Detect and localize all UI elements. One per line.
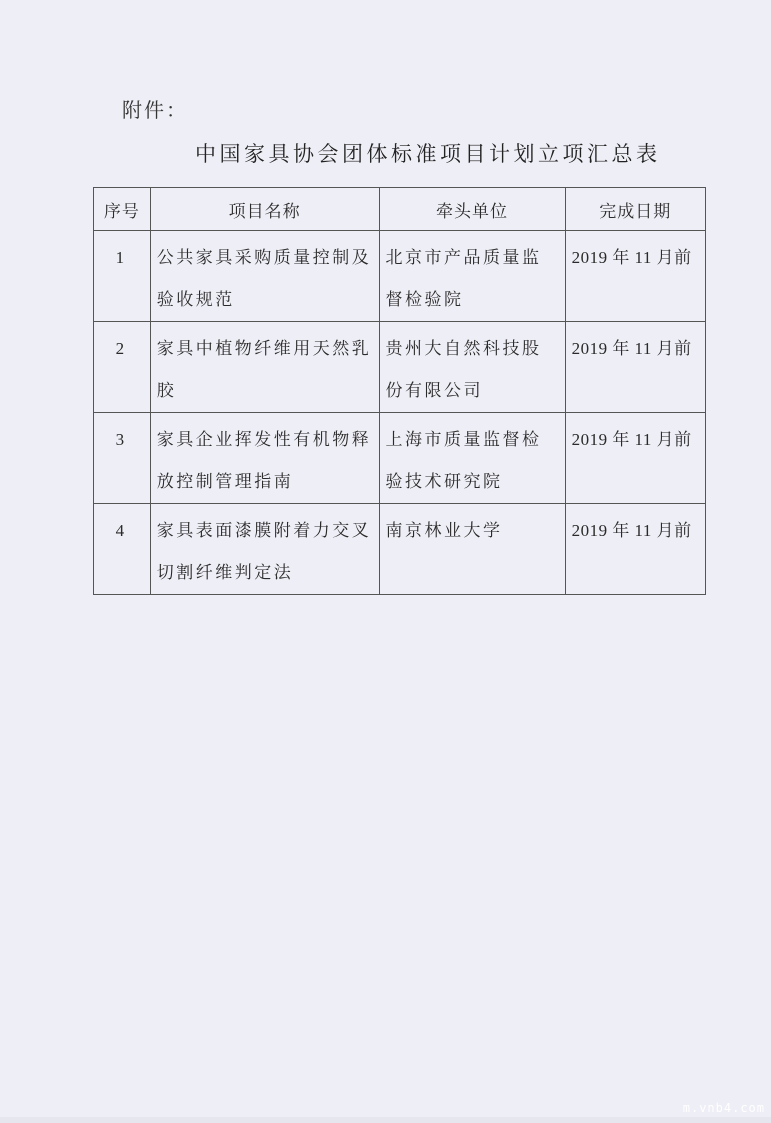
header-completion-date: 完成日期 (565, 188, 705, 231)
cell-lead-unit: 上海市质量监督检验技术研究院 (379, 413, 565, 504)
project-summary-table: 序号 项目名称 牵头单位 完成日期 1 公共家具采购质量控制及验收规范 北京市产… (93, 187, 706, 595)
page-bottom-edge (0, 1117, 771, 1123)
cell-completion-date: 2019 年 11 月前 (565, 231, 705, 322)
cell-project-name: 家具表面漆膜附着力交叉切割纤维判定法 (150, 504, 379, 595)
cell-lead-unit: 北京市产品质量监督检验院 (379, 231, 565, 322)
table-row: 2 家具中植物纤维用天然乳胶 贵州大自然科技股份有限公司 2019 年 11 月… (94, 322, 706, 413)
cell-completion-date: 2019 年 11 月前 (565, 322, 705, 413)
cell-lead-unit: 南京林业大学 (379, 504, 565, 595)
watermark-text: m.vnb4.com (683, 1101, 765, 1115)
document-title: 中国家具协会团体标准项目计划立项汇总表 (195, 138, 661, 168)
cell-completion-date: 2019 年 11 月前 (565, 504, 705, 595)
table-row: 3 家具企业挥发性有机物释放控制管理指南 上海市质量监督检验技术研究院 2019… (94, 413, 706, 504)
cell-project-name: 家具企业挥发性有机物释放控制管理指南 (150, 413, 379, 504)
cell-seq: 1 (94, 231, 151, 322)
table-row: 1 公共家具采购质量控制及验收规范 北京市产品质量监督检验院 2019 年 11… (94, 231, 706, 322)
cell-completion-date: 2019 年 11 月前 (565, 413, 705, 504)
table-row: 4 家具表面漆膜附着力交叉切割纤维判定法 南京林业大学 2019 年 11 月前 (94, 504, 706, 595)
cell-project-name: 公共家具采购质量控制及验收规范 (150, 231, 379, 322)
cell-project-name: 家具中植物纤维用天然乳胶 (150, 322, 379, 413)
header-seq: 序号 (94, 188, 151, 231)
header-project-name: 项目名称 (150, 188, 379, 231)
table-header-row: 序号 项目名称 牵头单位 完成日期 (94, 188, 706, 231)
attachment-label: 附件： (122, 94, 188, 123)
cell-lead-unit: 贵州大自然科技股份有限公司 (379, 322, 565, 413)
cell-seq: 3 (94, 413, 151, 504)
header-lead-unit: 牵头单位 (379, 188, 565, 231)
cell-seq: 4 (94, 504, 151, 595)
cell-seq: 2 (94, 322, 151, 413)
